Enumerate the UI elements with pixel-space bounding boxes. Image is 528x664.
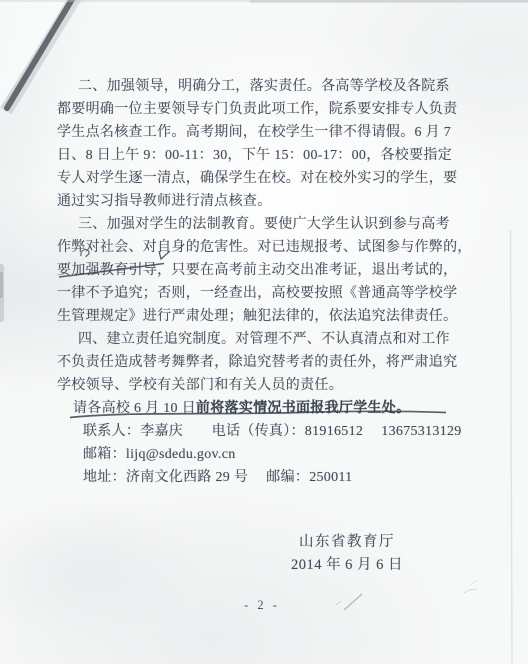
contact-email-line: 邮箱：lijq@sdedu.gov.cn [57, 443, 487, 466]
doc-line: 都要明确一位主要领导专门负责此项工作，院系要安排专人负责 [57, 98, 487, 121]
signature-block: 山东省教育厅 2014 年 6 月 6 日 [281, 531, 413, 577]
signature-org: 山东省教育厅 [281, 531, 413, 554]
doc-line: 不负责任造成替考舞弊者，除追究替考者的责任外，将严肃追究 [57, 351, 487, 374]
pen-scratch [470, 580, 477, 585]
contact-person-line: 联系人：李嘉庆 电话（传真）：81916512 13675313129 [57, 420, 487, 443]
text-before-strike: 要 [57, 263, 71, 278]
doc-line: 三、加强对学生的法制教育。要使广大学生认识到参与高考 [57, 213, 487, 236]
scanned-document-page: 二、加强领导，明确分工，落实责任。各高等学校及各院系 都要明确一位主要领导专门负… [0, 0, 528, 664]
doc-line: 二、加强领导，明确分工，落实责任。各高等学校及各院系 [57, 75, 487, 98]
scan-top-edge [0, 0, 528, 2]
struck-text: 加强教育引导 [71, 263, 157, 278]
left-edge-smudge [0, 264, 4, 322]
contact-block: 联系人：李嘉庆 电话（传真）：81916512 13675313129 邮箱：l… [57, 420, 487, 489]
doc-line: 生管理规定》进行严肃处理；触犯法律的，依法追究法律责任。 [57, 305, 487, 328]
contact-address-line: 地址：济南文化西路 29 号 邮编：250011 [57, 466, 487, 489]
doc-line: 通过实习指导教师进行清点核查。 [57, 190, 487, 213]
paragraph-2: 二、加强领导，明确分工，落实责任。各高等学校及各院系 都要明确一位主要领导专门负… [57, 75, 487, 213]
notice-bold-text: 前将落实情况书面报我厅学生处。 [196, 401, 411, 416]
doc-line: 学校领导、学校有关部门和有关人员的责任。 [57, 374, 487, 397]
doc-line: 作弊对社会、对自身的危害性。对已违规报考、试图参与作弊的， [57, 236, 487, 259]
pen-scratch [464, 589, 477, 593]
doc-line: 日、8 日上午 9：00-11：30，下午 15：00-17：00，各校要指定 [57, 144, 487, 167]
underlined-notice-line: 请各高校 6 月 10 日前将落实情况书面报我厅学生处。 [57, 397, 487, 420]
doc-line: 学生点名核查工作。高考期间，在校学生一律不得请假。6 月 7 [57, 121, 487, 144]
page-number: - 2 - [0, 598, 524, 613]
doc-line-with-strikethrough: 要加强教育引导，只要在高考前主动交出准考证，退出考试的， [57, 259, 487, 282]
left-edge-smudge-dark [0, 272, 3, 298]
text-after-strike: ，只要在高考前主动交出准考证，退出考试的， [157, 263, 457, 278]
doc-line: 一律不予追究；否则，一经查出，高校要按照《普通高等学校学 [57, 282, 487, 305]
signature-date: 2014 年 6 月 6 日 [281, 554, 413, 577]
scan-top-edge-dark [250, 0, 528, 3]
paragraph-3: 三、加强对学生的法制教育。要使广大学生认识到参与高考 作弊对社会、对自身的危害性… [57, 213, 487, 328]
doc-line: 专人对学生逐一清点，确保学生在校。对在校外实习的学生，要 [57, 167, 487, 190]
document-body: 二、加强领导，明确分工，落实责任。各高等学校及各院系 都要明确一位主要领导专门负… [57, 75, 487, 489]
paragraph-4: 四、建立责任追究制度。对管理不严、不认真清点和对工作 不负责任造成替考舞弊者，除… [57, 328, 487, 397]
doc-line: 四、建立责任追究制度。对管理不严、不认真清点和对工作 [57, 328, 487, 351]
notice-normal-text: 请各高校 6 月 10 日 [73, 401, 196, 416]
